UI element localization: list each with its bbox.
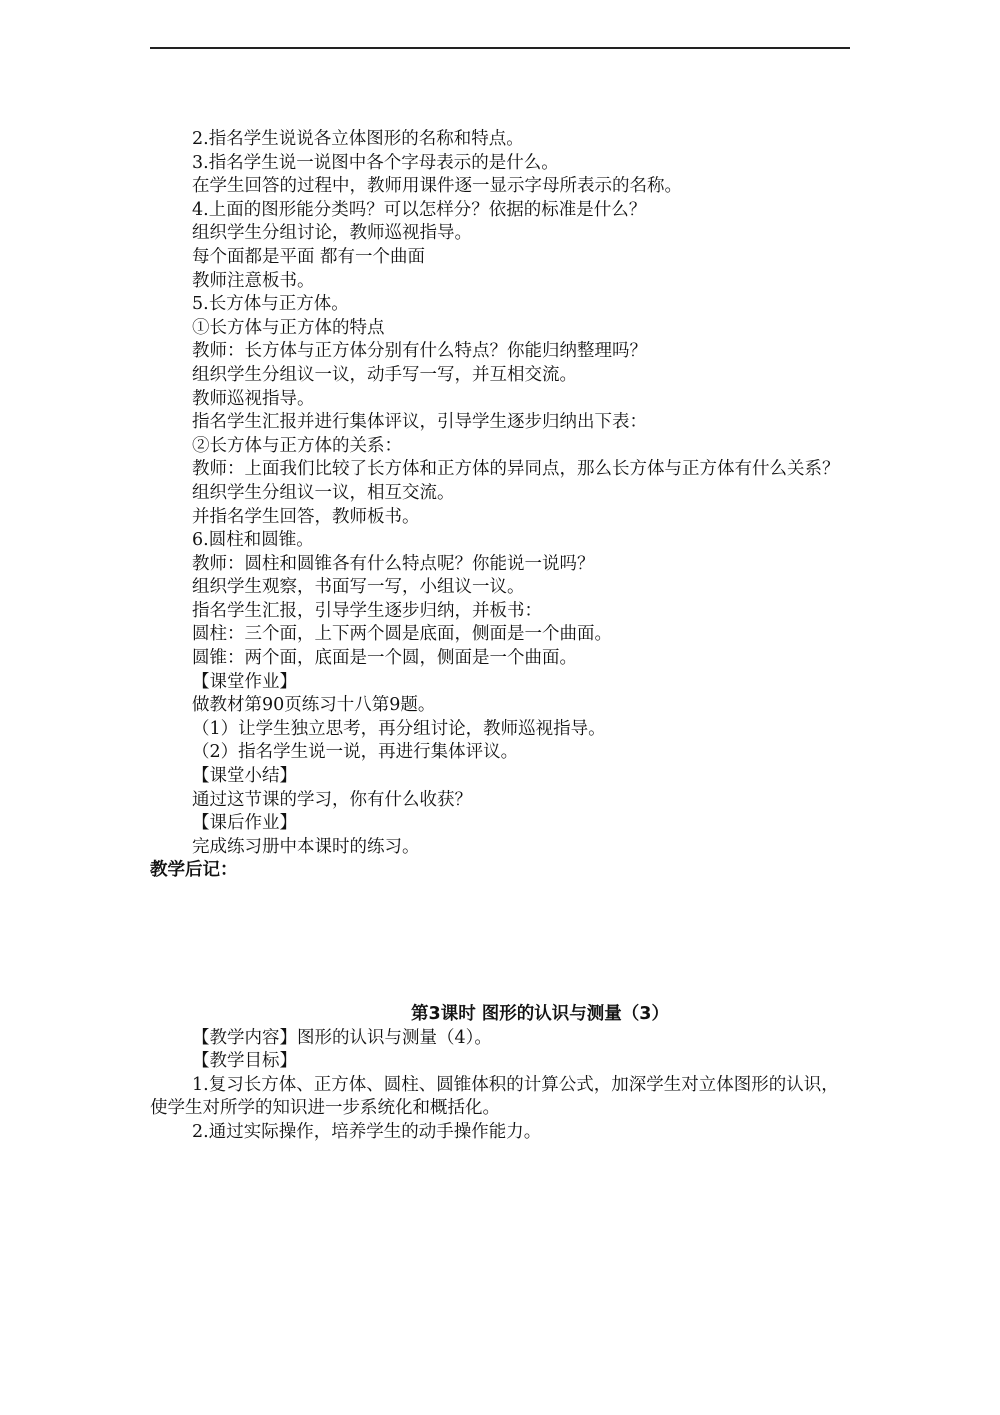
text-line: 4.上面的图形能分类吗？可以怎样分？依据的标准是什么？ [150, 199, 850, 223]
text-line: 组织学生观察，书面写一写，小组议一议。 [150, 576, 850, 600]
section-heading: 【课堂作业】 [150, 671, 850, 695]
text-line: 每个面都是平面 都有一个曲面 [150, 246, 850, 270]
text-line: 在学生回答的过程中，教师用课件逐一显示字母所表示的名称。 [150, 175, 850, 199]
text-line: ②长方体与正方体的关系： [150, 435, 850, 459]
goal-item: 1.复习长方体、正方体、圆柱、圆锥体积的计算公式，加深学生对立体图形的认识，使学… [150, 1074, 850, 1121]
section-heading: 【课堂小结】 [150, 765, 850, 789]
text-line: 组织学生分组议一议，相互交流。 [150, 482, 850, 506]
text-line: 通过这节课的学习，你有什么收获？ [150, 789, 850, 813]
text-line: 组织学生分组讨论，教师巡视指导。 [150, 222, 850, 246]
text-line: 2.指名学生说说各立体图形的名称和特点。 [150, 128, 850, 152]
postscript-label: 教学后记： [150, 859, 850, 883]
text-line: 圆柱：三个面，上下两个圆是底面，侧面是一个曲面。 [150, 623, 850, 647]
text-line: 完成练习册中本课时的练习。 [150, 836, 850, 860]
blank-space [150, 883, 850, 1003]
wrapped-paragraph: 教师：上面我们比较了长方体和正方体的异同点，那么长方体与正方体有什么关系？ [150, 458, 850, 482]
goal-item: 2.通过实际操作，培养学生的动手操作能力。 [150, 1121, 850, 1145]
header-rule [150, 47, 850, 49]
text-line: （2）指名学生说一说，再进行集体评议。 [150, 741, 850, 765]
text-line: 指名学生汇报，引导学生逐步归纳，并板书： [150, 600, 850, 624]
text-line: 指名学生汇报并进行集体评议，引导学生逐步归纳出下表： [150, 411, 850, 435]
text-line: 做教材第90页练习十八第9题。 [150, 694, 850, 718]
text-line: 圆锥：两个面，底面是一个圆，侧面是一个曲面。 [150, 647, 850, 671]
text-line: 组织学生分组议一议，动手写一写，并互相交流。 [150, 364, 850, 388]
text-line: 教师：长方体与正方体分别有什么特点？你能归纳整理吗？ [150, 340, 850, 364]
text-line: 3.指名学生说一说图中各个字母表示的是什么。 [150, 152, 850, 176]
section-heading: 【教学目标】 [150, 1050, 850, 1074]
lesson-title: 第3课时 图形的认识与测量（3） [150, 1003, 850, 1027]
text-line: 6.圆柱和圆锥。 [150, 529, 850, 553]
text-line: 教师巡视指导。 [150, 388, 850, 412]
text-line: 教师：圆柱和圆锥各有什么特点呢？你能说一说吗？ [150, 553, 850, 577]
section-heading: 【课后作业】 [150, 812, 850, 836]
document-page: 2.指名学生说说各立体图形的名称和特点。 3.指名学生说一说图中各个字母表示的是… [150, 128, 850, 1145]
text-line: 并指名学生回答，教师板书。 [150, 506, 850, 530]
text-line: （1）让学生独立思考，再分组讨论，教师巡视指导。 [150, 718, 850, 742]
teaching-content: 【教学内容】图形的认识与测量（4）。 [150, 1027, 850, 1051]
text-line: 教师注意板书。 [150, 270, 850, 294]
text-line: ①长方体与正方体的特点 [150, 317, 850, 341]
text-line: 5.长方体与正方体。 [150, 293, 850, 317]
